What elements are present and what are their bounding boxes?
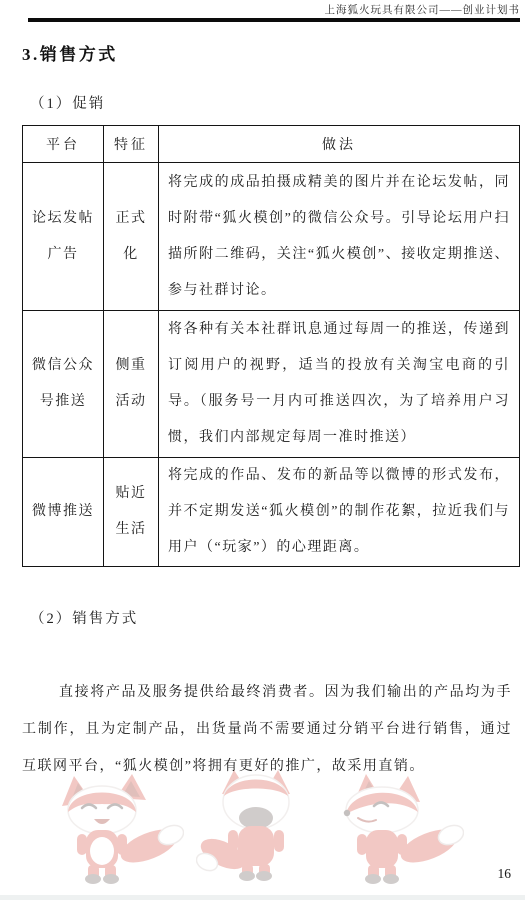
platform-cell: 微博推送 [23, 458, 104, 567]
table-row-weibo: 微博推送 贴近生活 将完成的作品、发布的新品等以微博的形式发布，并不定期发送“狐… [23, 458, 520, 567]
feature-cell: 正式化 [104, 163, 159, 311]
table-header-row: 平台 特征 做法 [23, 126, 520, 163]
method-cell: 将完成的作品、发布的新品等以微博的形式发布，并不定期发送“狐火模创”的制作花絮，… [159, 458, 520, 567]
document-page: 上海狐火玩具有限公司——创业计划书 3.销售方式 （1）促销 平台 特征 做法 … [0, 0, 525, 900]
header-rule [28, 18, 520, 22]
promotion-table: 平台 特征 做法 论坛发帖广告 正式化 将完成的成品拍摄成精美的图片并在论坛发帖… [22, 125, 520, 567]
platform-cell: 微信公众号推送 [23, 311, 104, 458]
sales-paragraph: 直接将产品及服务提供给最终消费者。因为我们输出的产品均为手工制作，且为定制产品，… [22, 674, 512, 785]
page-number: 16 [498, 866, 512, 882]
page-title: 3.销售方式 [22, 45, 520, 65]
document-header: 上海狐火玩具有限公司——创业计划书 [22, 0, 520, 17]
feature-cell: 侧重活动 [104, 311, 159, 458]
feature-cell: 贴近生活 [104, 458, 159, 567]
column-header-platform: 平台 [23, 126, 104, 163]
fox-mascots-watermark [0, 770, 525, 894]
fox-side-mascot-icon [332, 772, 464, 888]
fox-front-mascot-icon [52, 772, 184, 888]
page-bottom-edge [0, 895, 525, 900]
table-row-forum: 论坛发帖广告 正式化 将完成的成品拍摄成精美的图片并在论坛发帖，同时附带“狐火模… [23, 163, 520, 311]
fox-back-mascot-icon [196, 768, 318, 888]
method-cell: 将完成的成品拍摄成精美的图片并在论坛发帖，同时附带“狐火模创”的微信公众号。引导… [159, 163, 520, 311]
subsection-heading-promotion: （1）促销 [30, 96, 520, 113]
page-content: 上海狐火玩具有限公司——创业计划书 3.销售方式 （1）促销 平台 特征 做法 … [22, 0, 520, 785]
column-header-method: 做法 [159, 126, 520, 163]
method-cell: 将各种有关本社群讯息通过每周一的推送，传递到订阅用户的视野，适当的投放有关淘宝电… [159, 311, 520, 458]
platform-cell: 论坛发帖广告 [23, 163, 104, 311]
subsection-heading-sales: （2）销售方式 [30, 611, 520, 628]
column-header-feature: 特征 [104, 126, 159, 163]
table-row-wechat: 微信公众号推送 侧重活动 将各种有关本社群讯息通过每周一的推送，传递到订阅用户的… [23, 311, 520, 458]
